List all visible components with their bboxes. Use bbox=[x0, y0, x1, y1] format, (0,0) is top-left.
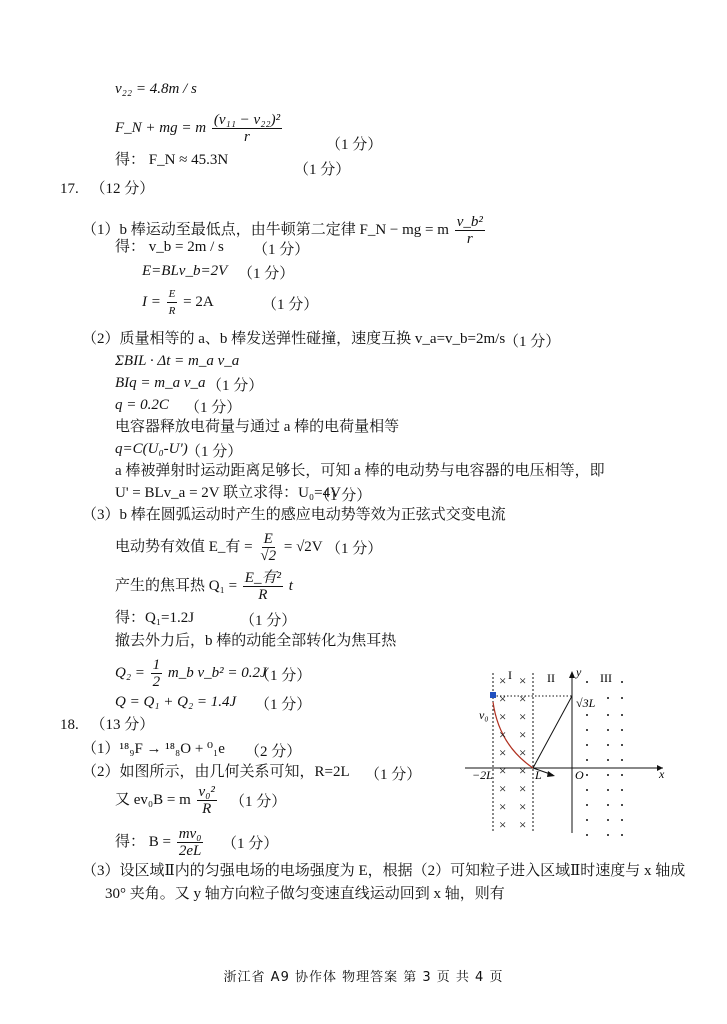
svg-text:×: × bbox=[499, 709, 506, 724]
q17-p3-l5-frac: 1 2 bbox=[151, 657, 163, 690]
q17-p2-l6: a 棒被弹射时运动距离足够长，可知 a 棒的电动势与电容器的电压相等，即 bbox=[115, 462, 605, 480]
q17-p2-l1: ΣBIL · Δt = m_a v_a bbox=[115, 352, 239, 370]
q17-p2-l3: q = 0.2C bbox=[115, 396, 169, 414]
q17-p2-l3-points: （1 分） bbox=[185, 396, 241, 417]
field-region-diagram: ×× ×× ×× ×× ×× ×× ×× ×× ×× I II III y x … bbox=[465, 665, 690, 845]
svg-text:×: × bbox=[499, 745, 506, 760]
frac-num: E bbox=[167, 286, 178, 303]
cross-marks: ×× ×× ×× ×× ×× ×× ×× ×× ×× bbox=[499, 673, 526, 832]
q18-p3-l1: （3）设区域Ⅱ内的匀强电场的电场强度为 E，根据（2）可知粒子进入区域Ⅱ时速度与… bbox=[82, 862, 685, 880]
region-label-1: I bbox=[508, 668, 512, 682]
svg-text:×: × bbox=[519, 799, 526, 814]
q17-p2-head-points: （1 分） bbox=[504, 330, 560, 351]
frac-den: R bbox=[256, 587, 269, 603]
q18-p2-l1: 又 ev₀B = m v₀² R bbox=[115, 780, 219, 820]
q17-p1-l3-points: （1 分） bbox=[262, 293, 318, 314]
prev-eq-v22: v₂₂ = 4.8m / s bbox=[115, 80, 197, 98]
eq-rhs: = 2A bbox=[183, 294, 214, 310]
svg-text:×: × bbox=[499, 799, 506, 814]
q17-p2-head: （2）质量相等的 a、b 棒发送弹性碰撞，速度互换 v_a=v_b=2m/s bbox=[82, 330, 505, 348]
q17-p3-l1: 电动势有效值 E_有 = E √2 = √2V bbox=[115, 527, 323, 567]
q18-p2-l2-points: （1 分） bbox=[222, 832, 278, 853]
prev-eq-fn-frac: (v₁₁ − v₂₂)² r bbox=[212, 112, 282, 145]
label-sqrt3L: √3L bbox=[576, 696, 596, 710]
q17-p3-l3-points: （1 分） bbox=[240, 609, 296, 630]
frac-den: 2eL bbox=[177, 843, 204, 859]
svg-text:×: × bbox=[519, 763, 526, 778]
frac-den: 2 bbox=[151, 674, 163, 690]
q18-p2-l1-points: （1 分） bbox=[230, 790, 286, 811]
eq-lhs: 得： B = bbox=[115, 834, 171, 850]
q18-number: 18. bbox=[60, 717, 79, 733]
frac-num: mv₀ bbox=[177, 826, 204, 843]
svg-text:×: × bbox=[519, 673, 526, 688]
q17-p2-l4: 电容器释放电荷量与通过 a 棒的电荷量相等 bbox=[115, 418, 399, 436]
q17-p3-head: （3）b 棒在圆弧运动时产生的感应电动势等效为正弦式交变电流 bbox=[82, 506, 506, 524]
q17-number: 17. bbox=[60, 181, 79, 197]
q17-score: （12 分） bbox=[91, 181, 155, 197]
q18-p2-l1-frac: v₀² R bbox=[197, 784, 217, 817]
svg-text:×: × bbox=[519, 709, 526, 724]
svg-text:×: × bbox=[499, 673, 506, 688]
page-footer: 浙江省 A9 协作体 物理答案 第 3 页 共 4 页 bbox=[0, 966, 727, 985]
q17-p2-l2-points: （1 分） bbox=[207, 374, 263, 395]
svg-text:×: × bbox=[499, 817, 506, 832]
frac-num: (v₁₁ − v₂₂)² bbox=[212, 112, 282, 129]
eq-rhs: t bbox=[289, 578, 293, 594]
frac-num: E bbox=[262, 531, 275, 548]
q17-p1-l1: 得： v_b = 2m / s bbox=[115, 238, 224, 256]
q17-p3-l5-points: （1 分） bbox=[255, 664, 311, 685]
q17-heading: 17. （12 分） bbox=[60, 180, 154, 198]
label-neg2L: −2L bbox=[472, 768, 493, 782]
region-label-3: III bbox=[600, 671, 612, 685]
velocity-arrow-icon bbox=[547, 771, 555, 777]
frac-den: r bbox=[242, 129, 252, 145]
origin-label: O bbox=[575, 768, 584, 782]
y-axis-arrow-icon bbox=[569, 671, 575, 678]
prev-eq-fn-lhs: F_N + mg = m bbox=[115, 120, 206, 136]
svg-text:×: × bbox=[499, 691, 506, 706]
q17-p3-l3: 得：Q₁=1.2J bbox=[115, 609, 194, 627]
svg-text:×: × bbox=[499, 727, 506, 742]
eq-lhs: 又 ev₀B = m bbox=[115, 792, 191, 808]
prev-result-fn: 得： F_N ≈ 45.3N bbox=[115, 151, 228, 169]
q17-p2-l5: q=C(U₀-U') bbox=[115, 440, 188, 458]
q17-p1-l2-points: （1 分） bbox=[238, 262, 294, 283]
q18-p2-head-points: （1 分） bbox=[365, 763, 421, 784]
svg-text:×: × bbox=[519, 781, 526, 796]
q17-p3-l4: 撤去外力后，b 棒的动能全部转化为焦耳热 bbox=[115, 632, 396, 650]
prev-eq-fn: F_N + mg = m (v₁₁ − v₂₂)² r bbox=[115, 108, 284, 148]
q17-p3-l2-frac: E_有² R bbox=[243, 570, 283, 603]
svg-text:×: × bbox=[519, 745, 526, 760]
label-v0: v₀ bbox=[479, 708, 489, 722]
q17-p2-l2: BIq = m_a v_a bbox=[115, 374, 206, 392]
svg-text:×: × bbox=[499, 763, 506, 778]
q17-p3-l1-frac: E √2 bbox=[258, 531, 278, 564]
frac-den: √2 bbox=[258, 548, 278, 564]
frac-den: r bbox=[465, 231, 475, 247]
q18-p2-l2-frac: mv₀ 2eL bbox=[177, 826, 204, 859]
q17-p2-l7: U' = BLv_a = 2V 联立求得：U₀=4V bbox=[115, 484, 341, 502]
frac-den: R bbox=[167, 303, 178, 319]
q17-p3-l6-points: （1 分） bbox=[255, 693, 311, 714]
q17-p1-frac: v_b² r bbox=[455, 214, 485, 247]
q18-p1-points: （2 分） bbox=[245, 740, 301, 761]
q17-p1-l2: E=BLv_b=2V bbox=[142, 262, 227, 280]
frac-num: v₀² bbox=[197, 784, 217, 801]
eq-lhs: Q₂ = bbox=[115, 665, 145, 681]
x-axis-label: x bbox=[658, 767, 665, 781]
q17-p2-l7-points: （1 分） bbox=[315, 484, 371, 505]
prev-eq-fn-points: （1 分） bbox=[326, 133, 382, 154]
q17-p3-l5: Q₂ = 1 2 m_b v_b² = 0.2J bbox=[115, 653, 267, 693]
y-axis-label: y bbox=[575, 665, 582, 679]
svg-text:×: × bbox=[519, 727, 526, 742]
q17-p1-l3: I = E R = 2A bbox=[142, 285, 214, 319]
q17-p2-l5-points: （1 分） bbox=[186, 440, 242, 461]
eq-rhs: = √2V bbox=[284, 539, 323, 555]
frac-num: 1 bbox=[151, 657, 163, 674]
q17-p1-l3-frac: E R bbox=[167, 286, 178, 319]
eq-lhs: 产生的焦耳热 Q₁ = bbox=[115, 578, 237, 594]
q17-p1-text: （1）b 棒运动至最低点，由牛顿第二定律 F_N − mg = m bbox=[82, 222, 449, 238]
prev-result-points: （1 分） bbox=[294, 158, 350, 179]
q18-p2-head: （2）如图所示，由几何关系可知，R=2L bbox=[82, 763, 350, 781]
q18-p2-l2: 得： B = mv₀ 2eL bbox=[115, 822, 205, 862]
q18-score: （13 分） bbox=[91, 717, 155, 733]
q17-p3-l1-points: （1 分） bbox=[326, 537, 382, 558]
svg-text:×: × bbox=[499, 781, 506, 796]
radius-line bbox=[533, 696, 572, 768]
svg-text:×: × bbox=[519, 817, 526, 832]
frac-num: v_b² bbox=[455, 214, 485, 231]
eq-rhs: m_b v_b² = 0.2J bbox=[168, 665, 267, 681]
svg-text:×: × bbox=[519, 691, 526, 706]
frac-den: R bbox=[200, 801, 213, 817]
region-label-2: II bbox=[547, 671, 555, 685]
q17-p3-l2: 产生的焦耳热 Q₁ = E_有² R t bbox=[115, 566, 293, 606]
q17-p1-l1-points: （1 分） bbox=[253, 238, 309, 259]
q18-heading: 18. （13 分） bbox=[60, 716, 154, 734]
eq-lhs: I = bbox=[142, 294, 161, 310]
q17-p3-l6: Q = Q₁ + Q₂ = 1.4J bbox=[115, 693, 236, 711]
particle-source-icon bbox=[490, 692, 496, 698]
q18-p3-l2: 30° 夹角。又 y 轴方向粒子做匀变速直线运动回到 x 轴，则有 bbox=[105, 885, 505, 903]
eq-lhs: 电动势有效值 E_有 = bbox=[115, 539, 253, 555]
q18-p1: （1）¹⁸₉F → ¹⁸₈O + ⁰₁e bbox=[82, 740, 225, 758]
frac-num: E_有² bbox=[243, 570, 283, 587]
label-L: L bbox=[534, 768, 542, 782]
